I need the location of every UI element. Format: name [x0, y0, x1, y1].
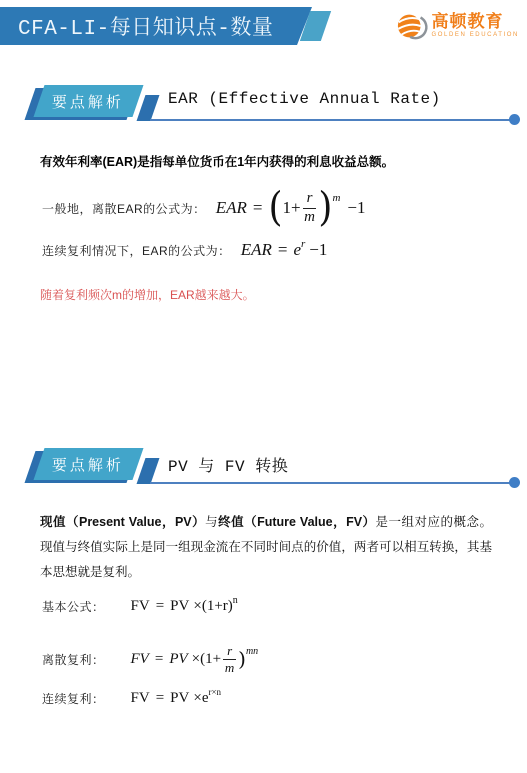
- section2-title: PV 与 FV 转换: [168, 453, 288, 476]
- formula-label: 基本公式：: [42, 598, 105, 615]
- section2-header: 要点解析 PV 与 FV 转换: [0, 447, 527, 489]
- math-term: ×(1+: [192, 651, 221, 668]
- math-paren: (: [268, 190, 282, 226]
- header-banner: CFA-LI-每日知识点-数量: [0, 7, 312, 45]
- logo-subtitle: GOLDEN EDUCATION: [432, 32, 520, 39]
- section1-title: EAR (Effective Annual Rate): [168, 90, 441, 108]
- math-term: 1+: [282, 198, 300, 218]
- math-var: PV: [170, 598, 189, 615]
- section-line-dot: [509, 477, 520, 488]
- math-tail: −1: [347, 198, 365, 218]
- math-exponent: m: [332, 192, 340, 204]
- document-page: CFA-LI-每日知识点-数量 高顿教育 GOLDEN EDUCATION 要点…: [0, 0, 527, 773]
- formula-label: 一般地，离散EAR的公式为：: [42, 200, 206, 217]
- math-paren: ): [318, 190, 332, 226]
- math-base: e: [293, 240, 301, 260]
- badge-connector-shape: [137, 95, 160, 121]
- section1-badge: 要点解析: [33, 85, 143, 117]
- fv-discrete-formula: FV = PV ×(1+ r m ) mn: [131, 644, 259, 674]
- ear-continuous-formula: EAR = e r −1: [241, 240, 328, 260]
- fv-basic-formula: FV = PV ×(1+r) n: [131, 598, 238, 615]
- pv-term-bold: 现值（Present Value，PV）: [40, 515, 205, 529]
- formula-label: 连续复利情况下，EAR的公式为：: [42, 242, 231, 259]
- ear-definition-text: 有效年利率(EAR)是指每单位货币在1年内获得的利息收益总额。: [40, 152, 510, 170]
- pv-fv-paragraph: 现值（Present Value，PV）与终值（Future Value，FV）…: [40, 510, 492, 585]
- logo-text-block: 高顿教育 GOLDEN EDUCATION: [432, 13, 520, 38]
- badge-label: 要点解析: [52, 91, 124, 112]
- fv-basic-formula-row: 基本公式： FV = PV ×(1+r) n: [42, 598, 238, 615]
- section-divider-line: [150, 482, 511, 484]
- paragraph-text: 与: [205, 515, 218, 529]
- section-divider-line: [150, 119, 511, 121]
- math-op: =: [156, 598, 164, 615]
- math-var: FV: [131, 651, 149, 668]
- math-var: EAR: [241, 240, 272, 260]
- math-fraction: r m: [303, 191, 317, 226]
- math-term: ×e: [193, 690, 208, 707]
- badge-connector-shape: [137, 458, 160, 484]
- fraction-denominator: m: [304, 209, 315, 226]
- badge-label: 要点解析: [52, 454, 124, 475]
- section2-badge: 要点解析: [33, 448, 143, 480]
- fv-discrete-formula-row: 离散复利： FV = PV ×(1+ r m ) mn: [42, 640, 258, 678]
- math-exponent: n: [233, 595, 238, 606]
- section-line-dot: [509, 114, 520, 125]
- brand-logo: 高顿教育 GOLDEN EDUCATION: [396, 8, 520, 44]
- golden-education-logo-icon: [396, 8, 430, 44]
- ear-note-text: 随着复利频次m的增加，EAR越来越大。: [40, 286, 255, 303]
- math-var: PV: [170, 690, 189, 707]
- math-exponent: mn: [246, 646, 258, 657]
- fv-continuous-formula: FV = PV ×e r×n: [131, 690, 222, 707]
- fv-term-bold: 终值（Future Value，FV）: [218, 515, 375, 529]
- fraction-numerator: r: [303, 191, 317, 209]
- ear-continuous-formula-row: 连续复利情况下，EAR的公式为： EAR = e r −1: [42, 240, 327, 260]
- math-var: PV: [169, 651, 187, 668]
- math-term: ×(1+r): [193, 598, 232, 615]
- formula-label: 连续复利：: [42, 690, 105, 707]
- math-op: =: [155, 651, 163, 668]
- page-title: CFA-LI-每日知识点-数量: [18, 11, 273, 41]
- math-fraction: r m: [223, 644, 236, 674]
- math-tail: −1: [309, 240, 327, 260]
- math-op: =: [278, 240, 288, 260]
- math-op: =: [253, 198, 263, 218]
- fraction-denominator: m: [225, 660, 234, 675]
- math-op: =: [156, 690, 164, 707]
- math-paren: ): [238, 649, 246, 669]
- fv-continuous-formula-row: 连续复利： FV = PV ×e r×n: [42, 690, 221, 707]
- math-var: FV: [131, 690, 150, 707]
- section1-header: 要点解析 EAR (Effective Annual Rate): [0, 84, 527, 126]
- formula-label: 离散复利：: [42, 651, 105, 668]
- fraction-numerator: r: [223, 644, 236, 660]
- logo-name: 高顿教育: [432, 13, 520, 32]
- ear-discrete-formula: EAR = ( 1+ r m ) m −1: [216, 191, 366, 226]
- math-var: EAR: [216, 198, 247, 218]
- math-exponent: r×n: [208, 687, 221, 697]
- math-var: FV: [131, 598, 150, 615]
- ear-discrete-formula-row: 一般地，离散EAR的公式为： EAR = ( 1+ r m ) m −1: [42, 184, 366, 232]
- math-exponent: r: [301, 238, 305, 250]
